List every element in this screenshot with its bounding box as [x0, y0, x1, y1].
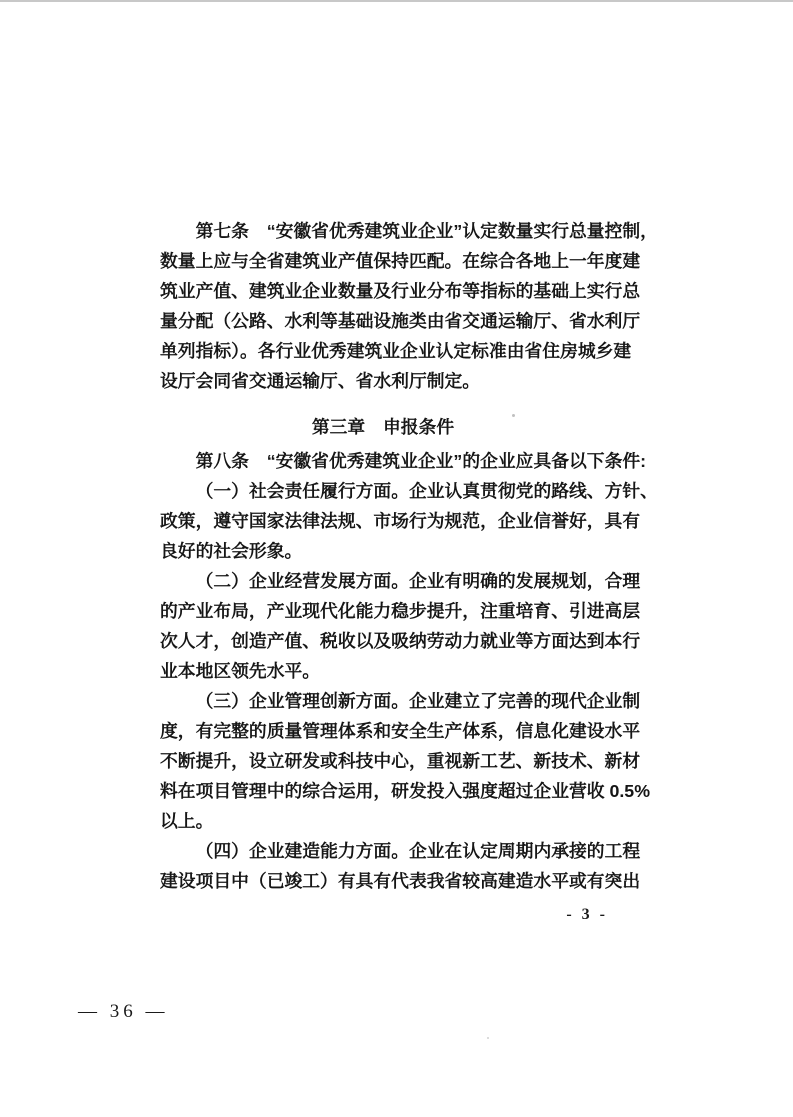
- chapter-3-heading: 第三章 申报条件: [160, 412, 606, 442]
- text-line: 数量上应与全省建筑业产值保持匹配。在综合各地上一年度建: [160, 246, 642, 276]
- text-line: 度，有完整的质量管理体系和安全生产体系，信息化建设水平: [160, 716, 642, 746]
- condition-2-paragraph: （二）企业经营发展方面。企业有明确的发展规划，合理的产业布局，产业现代化能力稳步…: [160, 566, 642, 686]
- text-line: 政策，遵守国家法律法规、市场行为规范，企业信誉好，具有: [160, 506, 642, 536]
- text-line: （四）企业建造能力方面。企业在认定周期内承接的工程: [160, 836, 642, 866]
- condition-4-paragraph: （四）企业建造能力方面。企业在认定周期内承接的工程建设项目中（已竣工）有具有代表…: [160, 836, 642, 896]
- article-7-paragraph: 第七条 “安徽省优秀建筑业企业”认定数量实行总量控制，数量上应与全省建筑业产值保…: [160, 216, 642, 396]
- text-line: 次人才，创造产值、税收以及吸纳劳动力就业等方面达到本行: [160, 626, 642, 656]
- condition-1-paragraph: （一）社会责任履行方面。企业认真贯彻党的路线、方针、政策，遵守国家法律法规、市场…: [160, 476, 642, 566]
- scan-edge-artifact: [0, 0, 793, 2]
- text-line: 建设项目中（已竣工）有具有代表我省较高建造水平或有突出: [160, 866, 642, 896]
- text-line: 业本地区领先水平。: [160, 656, 642, 686]
- document-body: 第七条 “安徽省优秀建筑业企业”认定数量实行总量控制，数量上应与全省建筑业产值保…: [160, 216, 642, 896]
- condition-3-paragraph: （三）企业管理创新方面。企业建立了完善的现代企业制度，有完整的质量管理体系和安全…: [160, 686, 642, 836]
- text-line: 单列指标）。各行业优秀建筑业企业认定标准由省住房城乡建: [160, 336, 642, 366]
- scan-speck: [512, 414, 515, 417]
- text-line: 量分配（公路、水利等基础设施类由省交通运输厅、省水利厅: [160, 306, 642, 336]
- text-line: 筑业产值、建筑业企业数量及行业分布等指标的基础上实行总: [160, 276, 642, 306]
- text-line: 不断提升，设立研发或科技中心，重视新工艺、新技术、新材: [160, 746, 642, 776]
- text-line: 第七条 “安徽省优秀建筑业企业”认定数量实行总量控制，: [160, 216, 642, 246]
- text-line: 料在项目管理中的综合运用，研发投入强度超过企业营收 0.5%: [160, 776, 642, 806]
- text-line: （一）社会责任履行方面。企业认真贯彻党的路线、方针、: [160, 476, 642, 506]
- scan-speck: [487, 1037, 489, 1039]
- article-8-intro-paragraph: 第八条 “安徽省优秀建筑业企业”的企业应具备以下条件:: [160, 446, 642, 476]
- page-number-compilation: — 36 —: [78, 1001, 169, 1023]
- text-line: 以上。: [160, 806, 642, 836]
- text-line: 设厅会同省交通运输厅、省水利厅制定。: [160, 366, 642, 396]
- text-line: （二）企业经营发展方面。企业有明确的发展规划，合理: [160, 566, 642, 596]
- document-page: 第七条 “安徽省优秀建筑业企业”认定数量实行总量控制，数量上应与全省建筑业产值保…: [0, 0, 793, 1117]
- page-number-document: - 3 -: [566, 906, 608, 924]
- text-line: 第八条 “安徽省优秀建筑业企业”的企业应具备以下条件:: [160, 446, 642, 476]
- text-line: 良好的社会形象。: [160, 536, 642, 566]
- text-line: （三）企业管理创新方面。企业建立了完善的现代企业制: [160, 686, 642, 716]
- text-line: 的产业布局，产业现代化能力稳步提升，注重培育、引进高层: [160, 596, 642, 626]
